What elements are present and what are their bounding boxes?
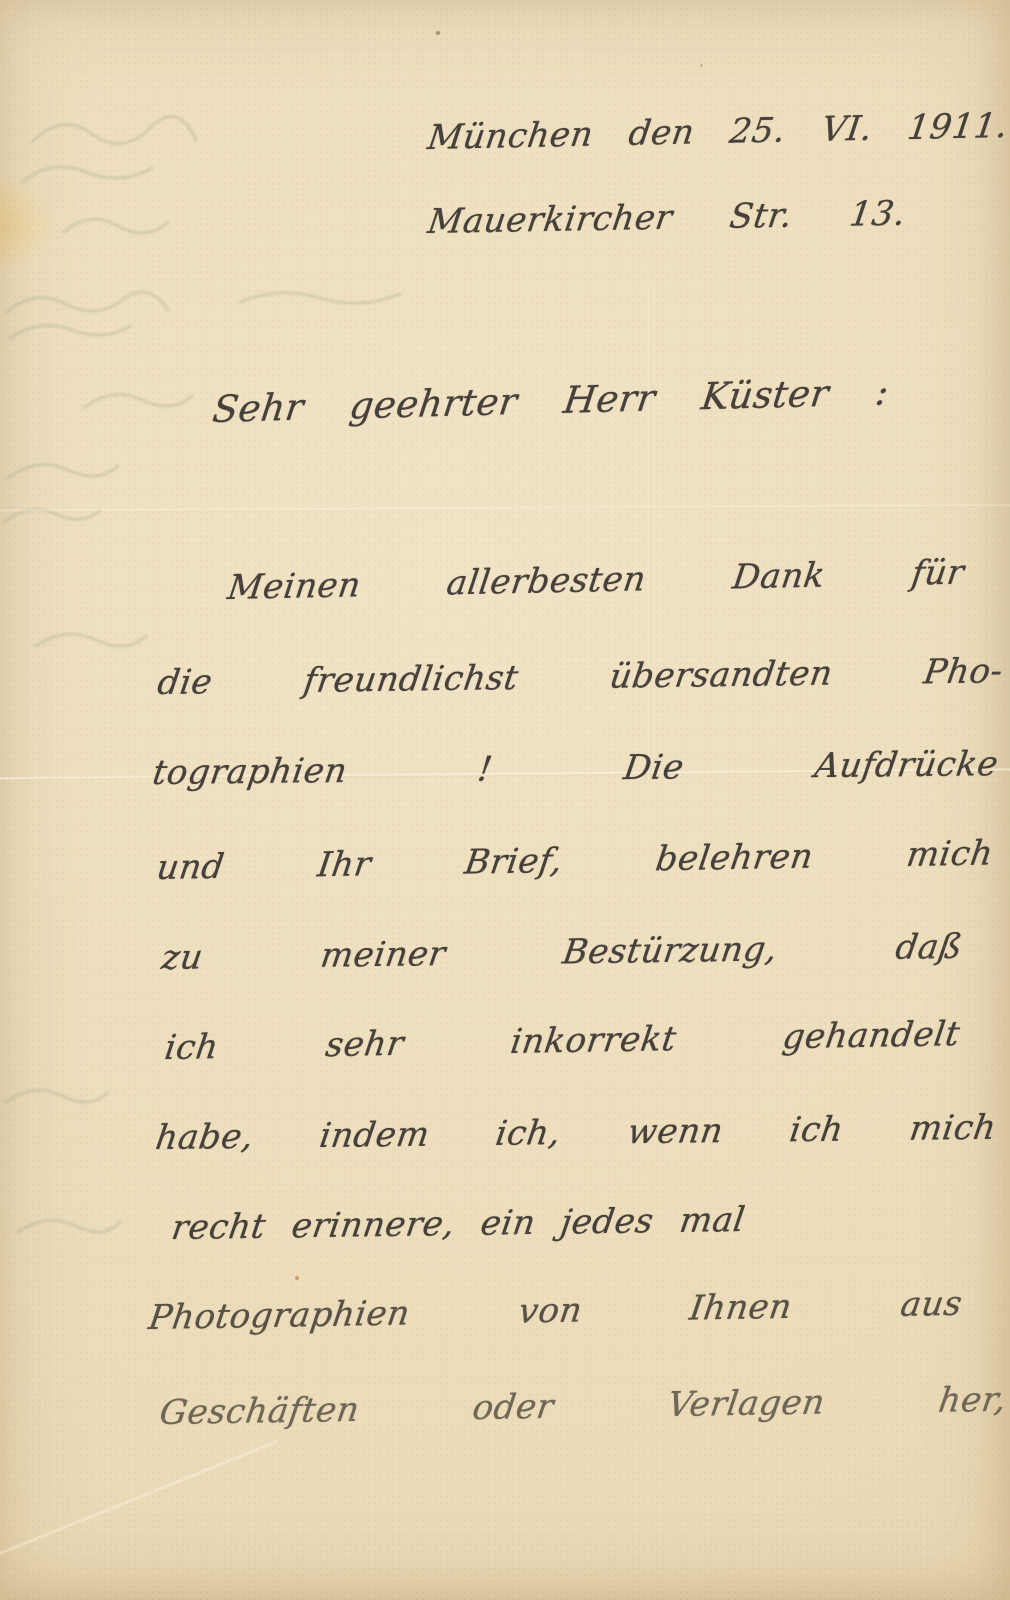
handwritten-word: 25. [727, 110, 788, 151]
handwritten-word: Küster [699, 372, 832, 418]
handwritten-word: zu [159, 937, 206, 978]
handwritten-word: recht [169, 1207, 268, 1248]
handwritten-word: mal [677, 1200, 748, 1241]
handwritten-word: Meinen [225, 565, 363, 608]
salutation-line: SehrgeehrterHerrKüster: [212, 370, 889, 431]
handwritten-word: mich [907, 1108, 999, 1149]
body-line: MeinenallerbestenDankfür [228, 553, 965, 608]
handwritten-word: Brief, [462, 841, 565, 883]
body-line: PhotographienvonIhnenaus [149, 1284, 963, 1338]
bleedthrough-mark [6, 292, 168, 312]
handwritten-word: habe, [153, 1117, 256, 1158]
handwritten-word: meiner [318, 934, 448, 976]
handwritten-word: erinnere, [289, 1204, 458, 1246]
handwritten-word: her, [936, 1380, 1009, 1421]
paper-speck [436, 31, 440, 35]
handwritten-word: geehrter [347, 380, 520, 428]
handwritten-word: belehren [653, 836, 816, 879]
handwritten-word: ich [162, 1027, 221, 1068]
handwritten-word: daß [893, 927, 965, 968]
handwritten-word: gehandelt [780, 1014, 962, 1057]
handwritten-word: Pho- [921, 651, 1006, 692]
body-line: diefreundlichstübersandtenPho- [158, 651, 1003, 703]
handwritten-word: 1911. [905, 106, 1010, 148]
letter-page: Münchenden25.VI.1911. MauerkircherStr.13… [0, 0, 1010, 1600]
bleedthrough-mark [22, 167, 152, 182]
handwritten-word: sehr [323, 1024, 406, 1065]
body-line: tographien!DieAufdrücke [153, 744, 998, 793]
handwritten-word: und [154, 847, 227, 888]
handwritten-word: Mauerkircher [425, 198, 675, 242]
handwritten-word: wenn [625, 1111, 726, 1152]
handwritten-word: ein [478, 1203, 538, 1244]
handwritten-word: Verlagen [665, 1383, 827, 1426]
handwritten-word: Bestürzung, [561, 929, 781, 972]
handwritten-word: von [516, 1290, 585, 1331]
handwritten-word: Ihnen [687, 1287, 794, 1329]
bleedthrough-mark [6, 1090, 108, 1102]
handwritten-word: indem [317, 1115, 432, 1156]
handwritten-word: ! [475, 749, 495, 789]
handwritten-word: mich [904, 833, 996, 875]
handwritten-word: : [873, 370, 892, 414]
handwritten-word: Aufdrücke [812, 744, 1001, 786]
body-line: habe,indemich,wennichmich [156, 1108, 996, 1158]
fold-crease-upper [0, 503, 1010, 512]
date-line: Münchenden25.VI.1911. [428, 106, 1009, 158]
handwritten-word: für [909, 553, 967, 594]
handwritten-word: den [626, 112, 697, 153]
handwritten-word: ich [787, 1110, 846, 1151]
bleedthrough-mark [36, 634, 146, 646]
bleedthrough-mark [18, 1220, 120, 1232]
body-line: zumeinerBestürzung,daß [162, 927, 962, 978]
handwritten-word: VI. [819, 109, 875, 150]
handwritten-word: inkorrekt [508, 1019, 679, 1062]
bleedthrough-mark [10, 326, 130, 339]
handwritten-word: Photographien [146, 1293, 412, 1338]
handwritten-word: Ihr [315, 844, 374, 885]
handwritten-word: allerbesten [445, 559, 649, 603]
handwritten-word: übersandten [607, 654, 835, 697]
handwritten-word: Dank [730, 555, 828, 597]
handwritten-word: Die [621, 747, 687, 788]
bleedthrough-mark [32, 116, 196, 143]
handwritten-word: freundlichst [301, 658, 521, 701]
handwritten-word: 13. [848, 194, 909, 235]
paper-speck [700, 64, 703, 67]
handwritten-word: Str. [727, 196, 795, 237]
body-line: GeschäftenoderVerlagenher, [160, 1380, 1007, 1433]
handwritten-word: München [425, 114, 596, 158]
body-line: rechterinnere,einjedesmal [172, 1200, 746, 1248]
bleedthrough-mark [240, 293, 400, 303]
handwritten-word: jedes [558, 1201, 656, 1242]
fold-crease-vertical [648, 290, 651, 780]
paper-speck [295, 1276, 299, 1280]
body-line: ichsehrinkorrektgehandelt [165, 1014, 961, 1068]
fold-crease-corner [0, 1440, 277, 1563]
handwritten-word: Sehr [210, 386, 306, 432]
address-line: MauerkircherStr.13. [428, 194, 907, 242]
bleedthrough-mark [8, 465, 118, 478]
handwritten-word: die [155, 662, 215, 703]
body-line: undIhrBrief,belehrenmich [157, 833, 994, 888]
handwritten-word: Geschäften [157, 1390, 362, 1433]
handwritten-word: Herr [561, 376, 658, 422]
bleedthrough-mark [64, 219, 168, 233]
bleedthrough-mark [4, 510, 100, 523]
bleedthrough-mark [84, 395, 192, 408]
handwritten-word: ich, [493, 1113, 563, 1154]
handwritten-word: aus [898, 1284, 965, 1325]
handwritten-word: oder [470, 1387, 556, 1428]
handwritten-word: tographien [150, 751, 350, 793]
